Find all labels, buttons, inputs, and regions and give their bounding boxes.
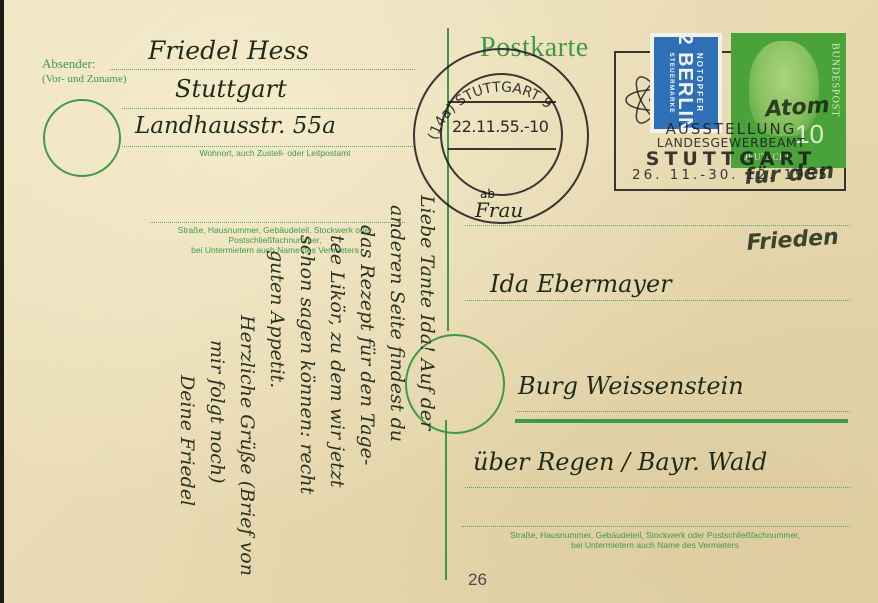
recipient-line-3 [515, 411, 850, 412]
scan-edge [0, 0, 4, 603]
recipient-line-4 [465, 487, 850, 488]
sender-sublabel: (Vor- und Zuname) [42, 73, 127, 85]
message-line: tee Likör, zu dem wir jetzt [326, 235, 348, 488]
sender-name: Friedel Hess [148, 36, 309, 65]
cancel-line-3: STUTTGART [618, 150, 844, 169]
message-line: anderen Seite findest du [386, 205, 408, 442]
message-line: das Rezept für den Tage- [356, 225, 378, 465]
pencil-number: 26 [468, 570, 487, 590]
cancel-line-4: 26. 11.-30. 12. 1955 [618, 169, 844, 183]
handwritten-message: Liebe Tante Ida! Auf deranderen Seite fi… [50, 195, 450, 595]
message-line: Herzliche Grüße (Brief von [236, 315, 258, 576]
message-line: mir folgt noch) [206, 340, 228, 484]
postcode-circle-sender [43, 99, 121, 177]
sender-street-line [122, 146, 415, 147]
recipient-name: Ida Ebermayer [490, 270, 672, 298]
sender-label: Absender: [42, 56, 95, 71]
sender-postal-hint: Wohnort, auch Zustell- oder Leitpostamt [150, 148, 400, 158]
sender-street: Landhausstr. 55a [135, 113, 336, 139]
recipient-place: Burg Weissenstein [518, 372, 744, 400]
sender-city-line [122, 108, 415, 109]
message-line: Deine Friedel [176, 375, 198, 506]
recipient-street-hint: Straße, Hausnummer, Gebäudeteil, Stockwe… [465, 530, 845, 550]
notopfer-stamp: NOTOPFER 2 BERLIN STEUERMARKE [650, 33, 722, 133]
svg-text:(14a) STUTTGART 9: (14a) STUTTGART 9 [425, 79, 555, 141]
recipient-line-2 [465, 300, 850, 301]
notopfer-top: NOTOPFER [695, 33, 704, 132]
recipient-place-underline [515, 419, 848, 423]
message-line: guten Appetit. [266, 250, 288, 388]
sender-name-line [110, 69, 415, 70]
message-line: Liebe Tante Ida! Auf der [416, 195, 438, 430]
message-line: schon sagen können: recht [296, 235, 318, 494]
recipient-region: über Regen / Bayr. Wald [473, 448, 767, 476]
recipient-line-1 [465, 225, 850, 226]
cancel-text: AUSSTELLUNG LANDESGEWERBEAMT STUTTGART 2… [618, 142, 844, 182]
recipient-street-hint-line [462, 526, 850, 527]
postcard: Absender: (Vor- und Zuname) Friedel Hess… [0, 0, 878, 603]
notopfer-main: 2 BERLIN [675, 33, 695, 132]
recipient-salutation: Frau [475, 198, 523, 222]
sender-city: Stuttgart [175, 75, 287, 103]
stamp-country-top: BUNDESPOST [829, 43, 840, 117]
